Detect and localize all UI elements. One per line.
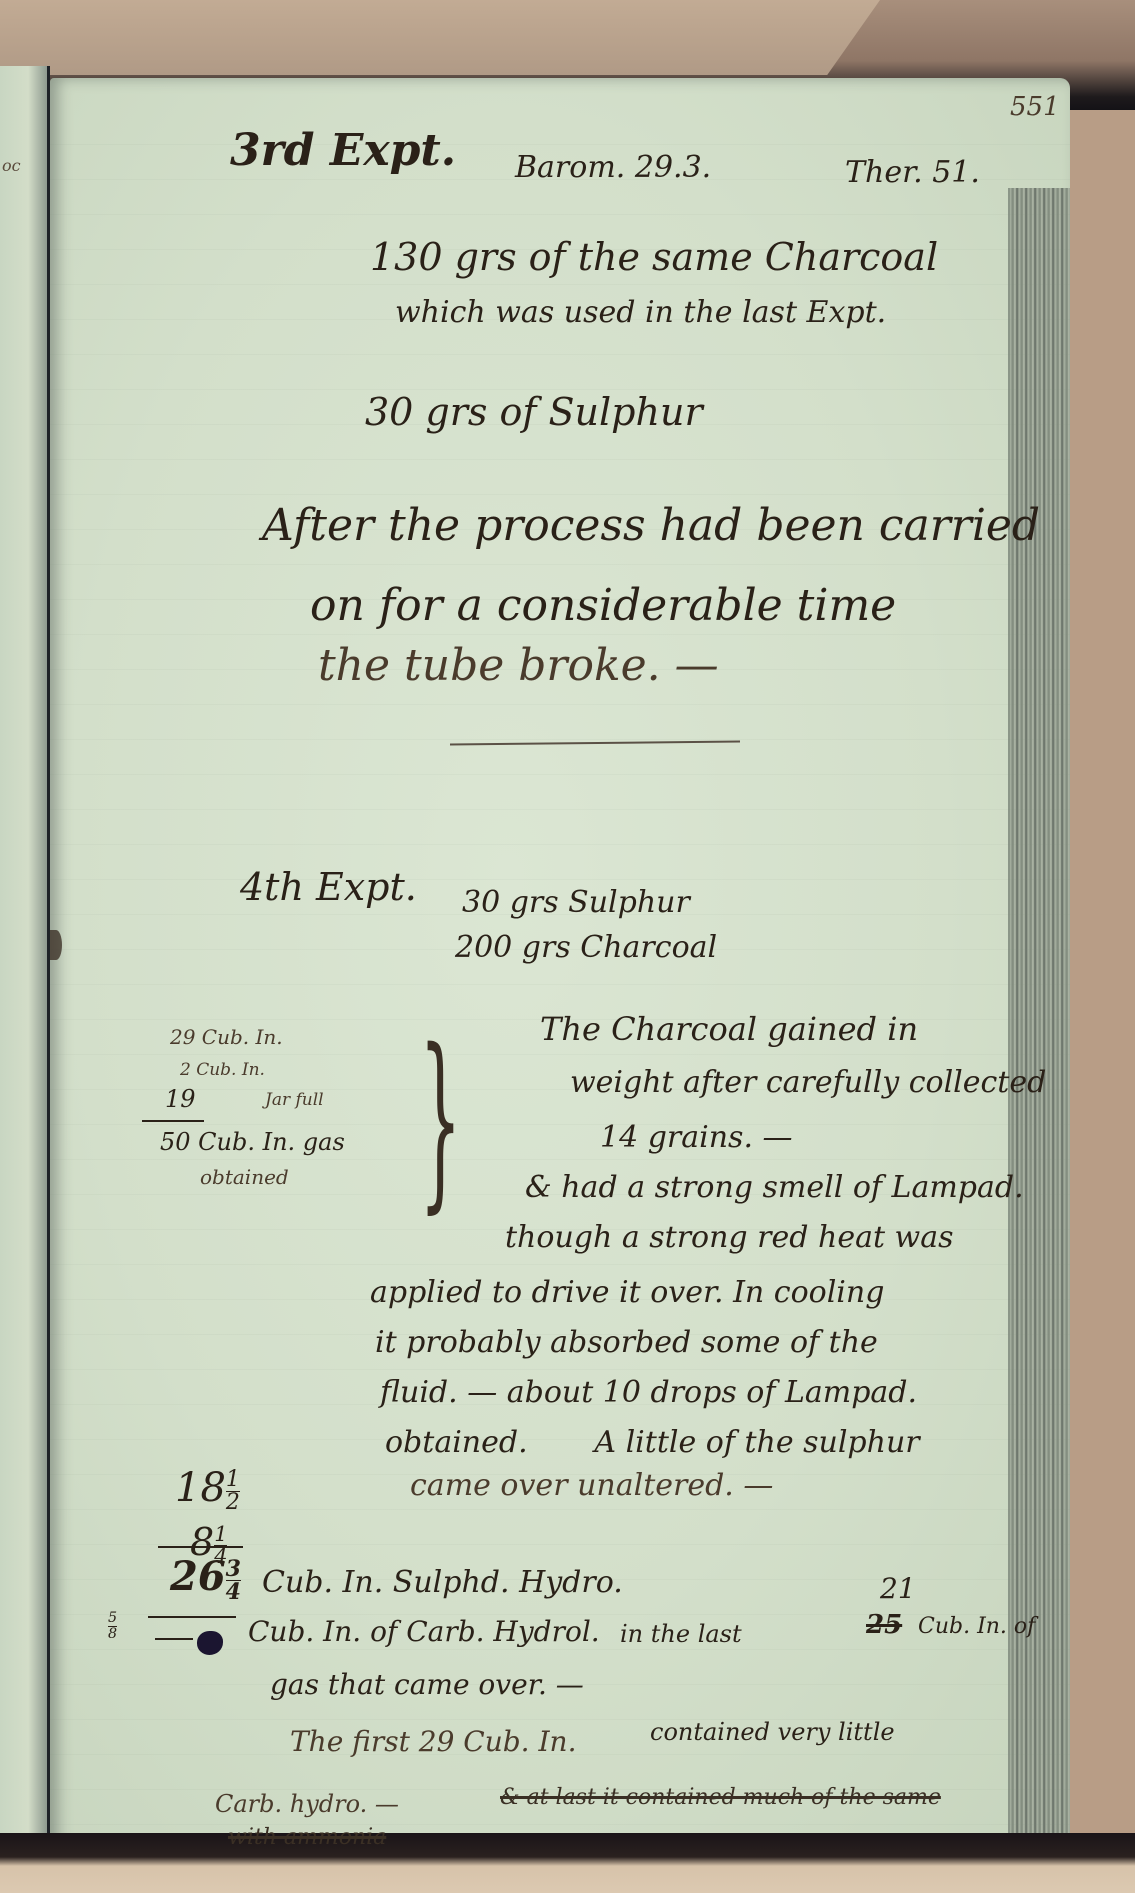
diff-fraction: 58 [108,1610,117,1641]
closing-line-2-struck: & at last it contained much of the same [500,1785,941,1810]
exp4-body-line-6: applied to drive it over. In cooling [370,1275,884,1310]
exp4-body-line-9: obtained. A little of the sulphur [385,1425,920,1460]
page-number: 551 [1010,92,1060,122]
aside-prefix: in the last [620,1620,742,1648]
exp4-body-line-10: came over unaltered. — [410,1468,773,1503]
exp3-line-1: 130 grs of the same Charcoal [370,235,938,279]
diff-dash [155,1638,193,1640]
exp4-heading: 4th Expt. [240,865,417,909]
diff-label: Cub. In. of Carb. Hydrol. [248,1615,600,1648]
left-page-margin-note: oc [2,156,21,175]
sum-total: 2634 [170,1553,241,1603]
aside-corrected-value: 21 [880,1572,916,1605]
sum-total-whole: 26 [170,1553,226,1600]
calc-row-1: 29 Cub. In. [170,1025,283,1049]
calc-row-3-note: Jar full [265,1090,324,1110]
aside-struck-value: 25 [866,1610,902,1640]
exp3-line-4: After the process had been carried [262,500,1040,551]
exp3-barometer: Barom. 29.3. [515,150,711,185]
exp4-body-line-3: 14 grains. — [600,1120,793,1155]
sum-a-fraction: 12 [226,1469,240,1514]
exp3-line-5: on for a considerable time [310,580,896,631]
aside-suffix: Cub. In. of [918,1614,1035,1639]
exp4-line-1: 30 grs Sulphur [462,885,690,920]
calc-total-note: obtained [200,1165,289,1189]
diff-label-2: gas that came over. — [270,1668,584,1701]
sum-a-whole: 18 [175,1465,226,1511]
closing-line-3-struck: with ammonia [228,1825,386,1850]
page-damage-mark [50,930,62,960]
exp3-line-3: 30 grs of Sulphur [365,390,703,434]
exp3-thermometer: Ther. 51. [845,155,980,190]
closing-line-1a: The first 29 Cub. In. [290,1725,576,1758]
sum-total-fraction: 34 [226,1558,241,1603]
cover-flap [0,0,880,75]
calc-row-2: 2 Cub. In. [180,1060,265,1080]
left-page-edge: oc [0,66,50,1846]
exp4-body-line-5: though a strong red heat was [505,1220,954,1255]
exp4-body-line-1: The Charcoal gained in [540,1010,918,1048]
sum-row-a: 1812 [175,1465,240,1514]
exp3-line-2: which was used in the last Expt. [395,295,886,330]
exp3-line-6: the tube broke. — [318,640,719,691]
brace-symbol: } [419,1025,461,1215]
calc-total: 50 Cub. In. gas [160,1128,345,1156]
sum-line-2 [148,1616,236,1618]
calc-row-3: 19 [165,1085,196,1113]
exp4-body-line-2: weight after carefully collected [570,1065,1046,1100]
sum-total-label: Cub. In. Sulphd. Hydro. [262,1565,623,1600]
sum-line-1 [158,1546,243,1548]
exp4-line-2: 200 grs Charcoal [455,930,717,965]
exp4-body-line-4: & had a strong smell of Lampad. [525,1170,1024,1205]
closing-line-1b: contained very little [650,1718,895,1746]
table-surface [0,1833,1135,1893]
exp3-heading: 3rd Expt. [230,125,456,176]
calc-sum-line [142,1120,204,1122]
exp4-body-line-7: it probably absorbed some of the [375,1325,878,1360]
exp4-body-line-8: fluid. — about 10 drops of Lampad. [380,1375,917,1410]
closing-line-2a: Carb. hydro. — [215,1790,399,1818]
